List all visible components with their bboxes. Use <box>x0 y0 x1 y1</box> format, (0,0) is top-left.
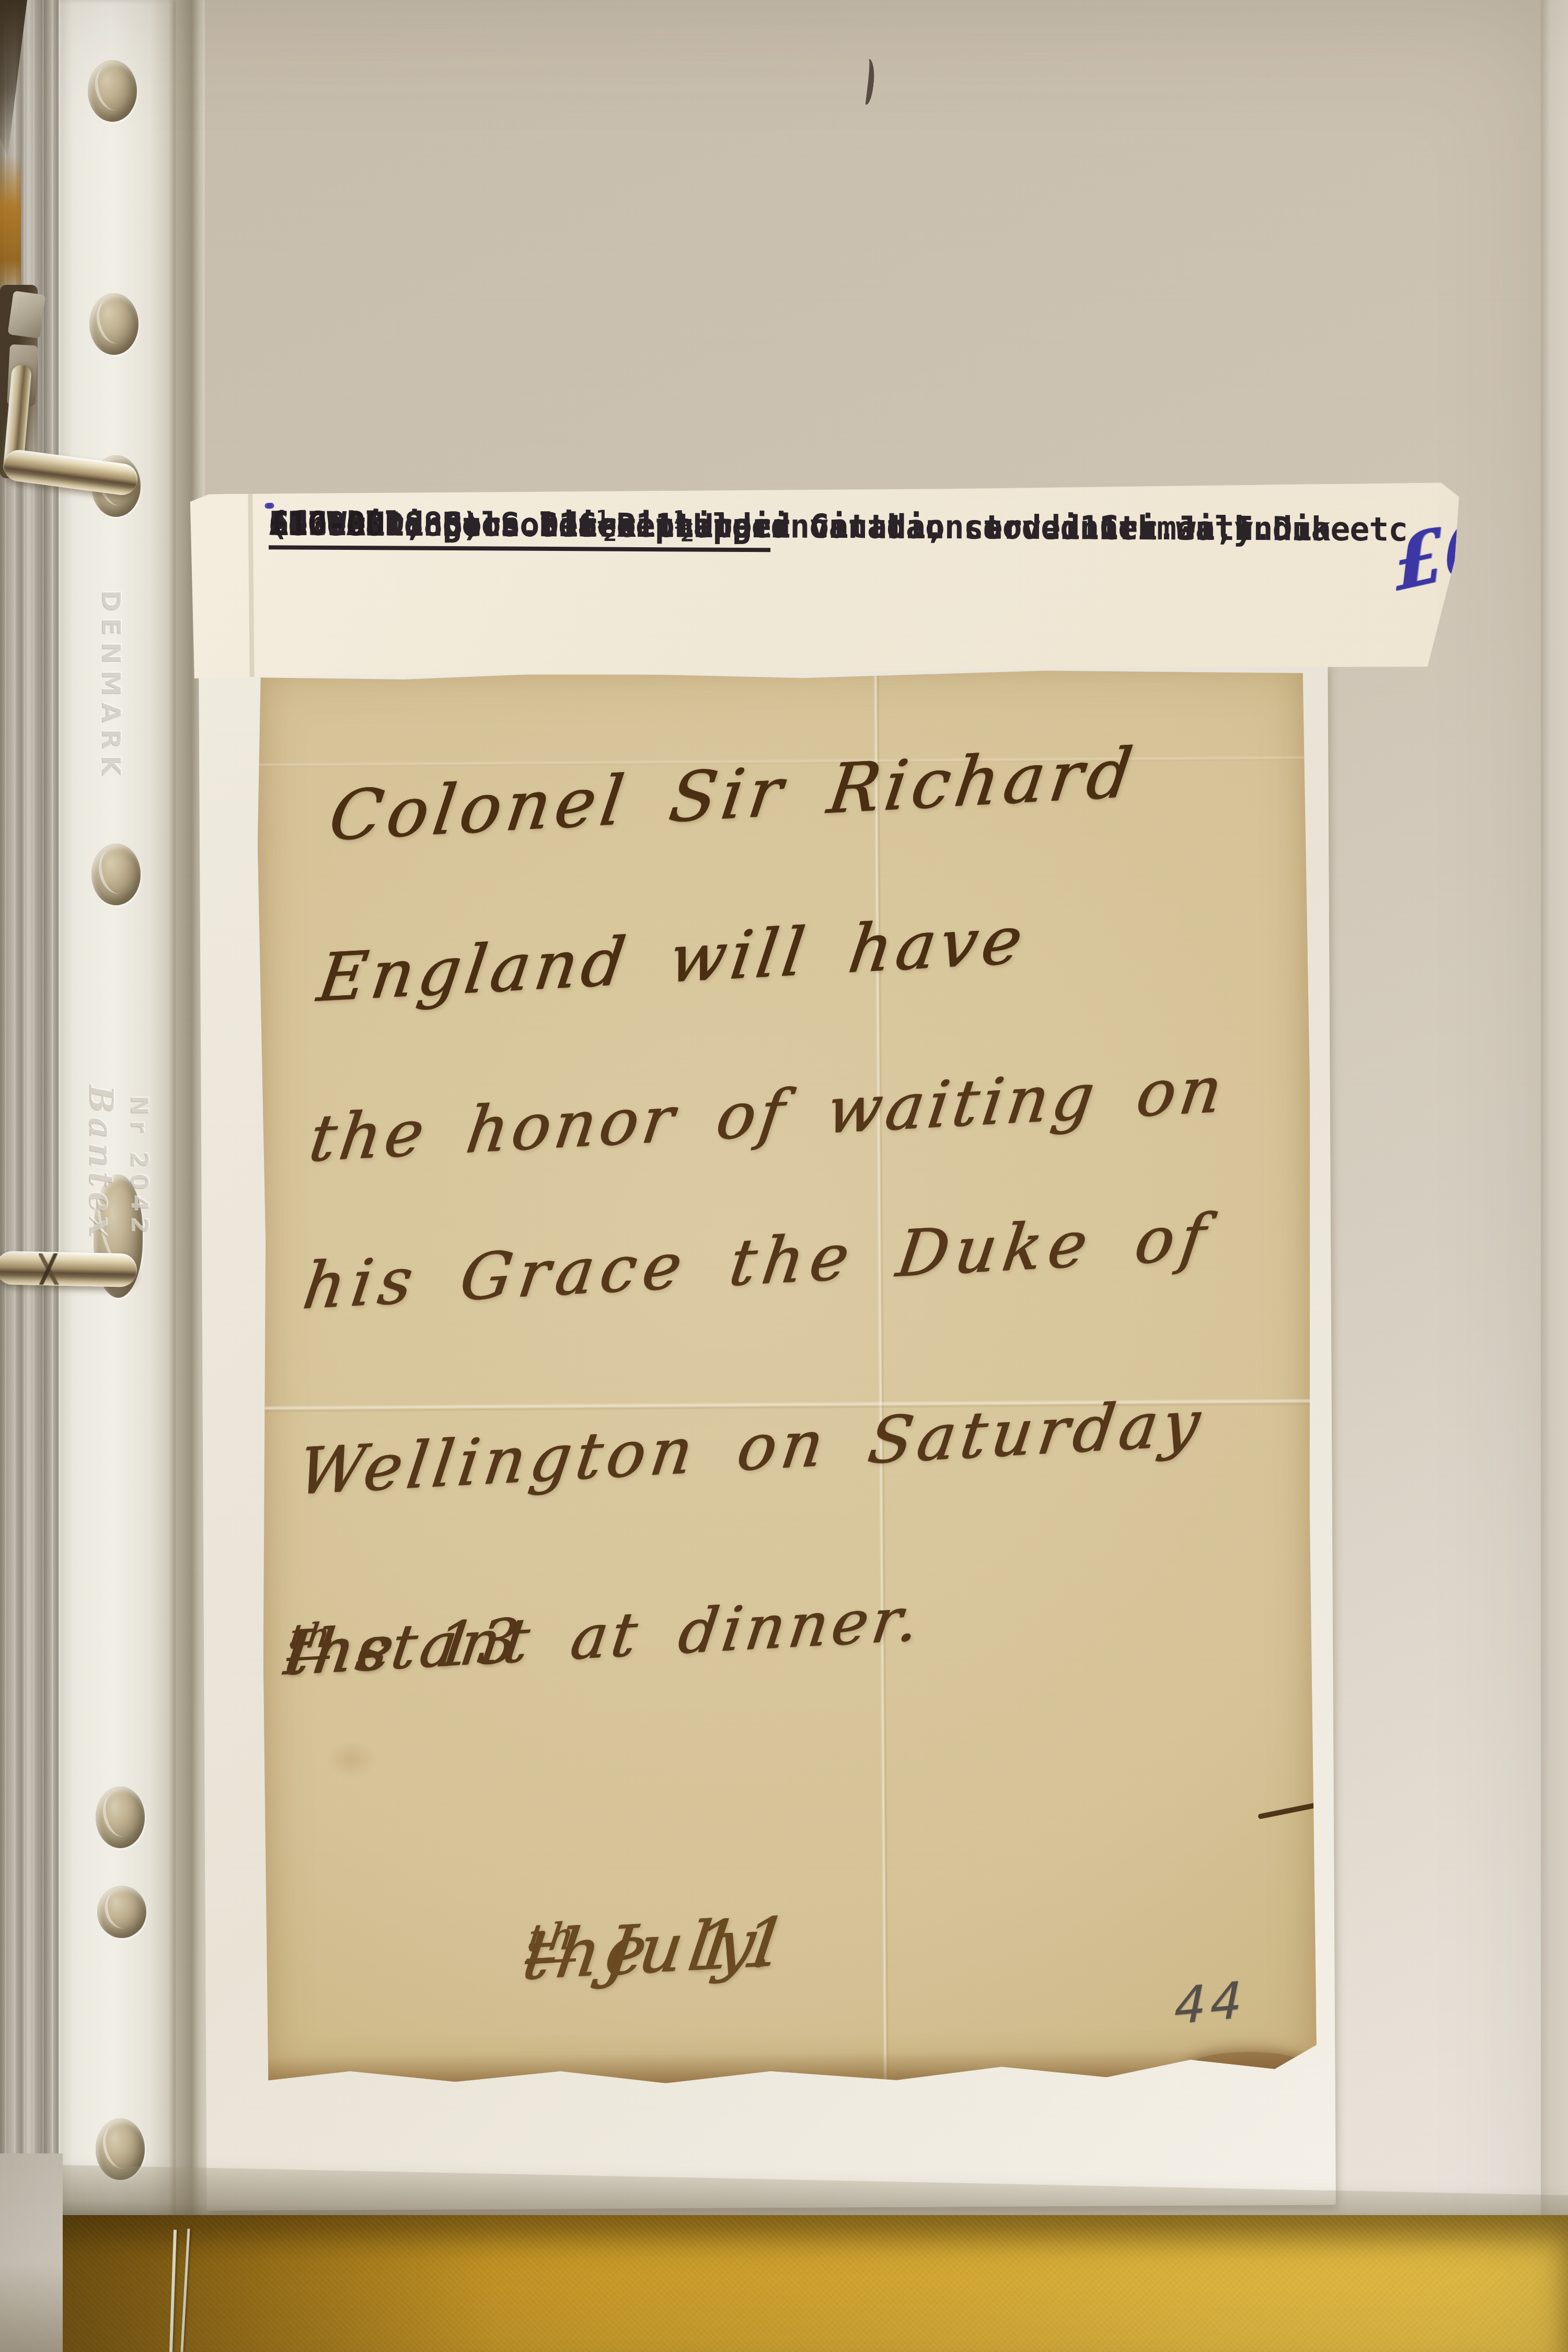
handwriting-text: – July. <box>518 1903 785 1996</box>
handwriting-line: Colonel Sir Richard <box>325 732 1142 856</box>
page-right-edge <box>1541 0 1568 2237</box>
label-crease <box>248 494 254 680</box>
ink-mark <box>856 57 877 105</box>
punch-hole <box>97 1886 146 1938</box>
fabric-shadow <box>0 2215 497 2352</box>
punch-hole <box>91 844 141 905</box>
gilt-page-edge <box>0 154 21 306</box>
binder-ring <box>0 1251 137 1287</box>
label-line-4-text: of Wellington. 16½x11½ laid on thin card… <box>269 503 1273 549</box>
handwriting-line: England will have <box>313 901 1031 1017</box>
punch-hole <box>89 293 139 355</box>
punch-hole <box>88 60 137 122</box>
paper-stain <box>327 1740 377 1778</box>
sleeve-country-embossing: DENMARK <box>96 590 126 820</box>
letter-fold-crease <box>873 671 890 2082</box>
handwriting-line: his Grace the Duke of <box>298 1200 1216 1323</box>
sleeve-model-embossing: Nr 2042 <box>125 1095 154 1367</box>
handwriting-text: Instant at dinner. <box>280 1584 927 1689</box>
binder-ring-clasp <box>39 1253 60 1285</box>
binder-metal-fitting <box>7 291 45 339</box>
background-corner <box>0 2153 63 2352</box>
sleeve-weld-seam <box>176 0 205 2237</box>
album-photo: DENMARK Bantex Nr 2042 Colonel Sir Richa… <box>0 0 1568 2352</box>
catalog-label-slip: 63. ENGLAND, Col. Sir Richard. (1793-188… <box>186 482 1463 680</box>
pencil-number: 44 <box>1174 1970 1247 2036</box>
sleeve-brand-embossing: Bantex <box>82 1085 121 1398</box>
struck-price-text: £10-00 <box>269 503 385 545</box>
catalog-label-text: 63. ENGLAND, Col. Sir Richard. (1793-188… <box>269 503 1456 509</box>
letter-paper: Colonel Sir Richard England will have th… <box>257 667 1317 2086</box>
punch-hole <box>96 1786 145 1848</box>
handwriting-line: the honor of waiting on <box>305 1052 1230 1176</box>
